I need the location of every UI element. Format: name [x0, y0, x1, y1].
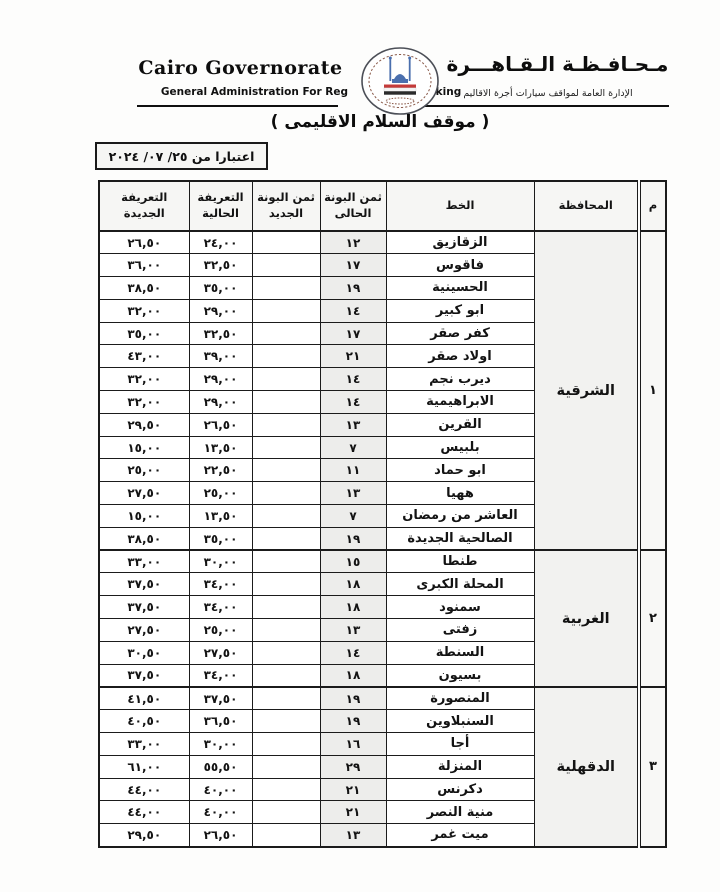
new-coupon-cell — [252, 550, 320, 573]
header-subtitle-ar: الإدارة العامة لمواقف سيارات أجرة الاقال… — [448, 88, 648, 99]
current-tariff-cell: ٣٠,٠٠ — [189, 550, 252, 573]
new-coupon-cell — [252, 664, 320, 687]
route-cell: السنطة — [386, 641, 534, 664]
current-coupon-cell: ١٩ — [320, 527, 386, 550]
current-coupon-cell: ١٤ — [320, 299, 386, 322]
current-coupon-cell: ٢١ — [320, 345, 386, 368]
current-tariff-cell: ٢٦,٥٠ — [189, 824, 252, 847]
route-cell: سمنود — [386, 596, 534, 619]
new-coupon-cell — [252, 733, 320, 756]
new-coupon-cell — [252, 482, 320, 505]
table-header-row: م المحافظة الخط ثمن البونة الحالى ثمن ال… — [99, 181, 666, 231]
new-tariff-cell: ٣٣,٠٠ — [99, 550, 189, 573]
current-coupon-cell: ١٧ — [320, 254, 386, 277]
governorate-cell: الشرقية — [534, 231, 639, 550]
current-coupon-cell: ١٨ — [320, 664, 386, 687]
header-cell-num: م — [639, 181, 666, 231]
route-cell: الابراهيمية — [386, 391, 534, 414]
current-coupon-cell: ١٩ — [320, 710, 386, 733]
new-coupon-cell — [252, 436, 320, 459]
new-tariff-cell: ٢٥,٠٠ — [99, 459, 189, 482]
route-cell: اولاد صقر — [386, 345, 534, 368]
route-cell: الحسينية — [386, 277, 534, 300]
new-coupon-cell — [252, 368, 320, 391]
route-cell: بلبيس — [386, 436, 534, 459]
route-cell: الزقازيق — [386, 231, 534, 254]
current-tariff-cell: ٣٠,٠٠ — [189, 733, 252, 756]
current-tariff-cell: ٤٠,٠٠ — [189, 801, 252, 824]
new-tariff-cell: ٢٧,٥٠ — [99, 619, 189, 642]
new-tariff-cell: ٢٩,٥٠ — [99, 824, 189, 847]
route-cell: ابو حماد — [386, 459, 534, 482]
new-tariff-cell: ٣٦,٠٠ — [99, 254, 189, 277]
header-cell-route: الخط — [386, 181, 534, 231]
current-coupon-cell: ١٩ — [320, 277, 386, 300]
current-tariff-cell: ٢٥,٠٠ — [189, 619, 252, 642]
current-coupon-cell: ١٢ — [320, 231, 386, 254]
header-cell-new-coupon: ثمن البونة الجديد — [252, 181, 320, 231]
current-coupon-cell: ٢١ — [320, 801, 386, 824]
new-tariff-cell: ٤٤,٠٠ — [99, 778, 189, 801]
new-tariff-cell: ٣٠,٥٠ — [99, 641, 189, 664]
fares-table: م المحافظة الخط ثمن البونة الحالى ثمن ال… — [98, 180, 667, 848]
row-number-cell: ٣ — [639, 687, 666, 847]
current-tariff-cell: ٣٢,٥٠ — [189, 254, 252, 277]
route-cell: منية النصر — [386, 801, 534, 824]
new-coupon-cell — [252, 254, 320, 277]
current-coupon-cell: ١٩ — [320, 687, 386, 710]
current-coupon-cell: ١٣ — [320, 824, 386, 847]
header-rule-right — [412, 105, 669, 107]
governorate-cell: الغربية — [534, 550, 639, 687]
new-coupon-cell — [252, 778, 320, 801]
route-cell: ابو كبير — [386, 299, 534, 322]
current-tariff-cell: ٣٤,٠٠ — [189, 573, 252, 596]
new-tariff-cell: ٣٥,٠٠ — [99, 322, 189, 345]
route-cell: العاشر من رمضان — [386, 505, 534, 528]
new-coupon-cell — [252, 299, 320, 322]
route-cell: كفر صقر — [386, 322, 534, 345]
new-tariff-cell: ٦١,٠٠ — [99, 755, 189, 778]
new-tariff-cell: ٣٢,٠٠ — [99, 391, 189, 414]
current-tariff-cell: ٣٥,٠٠ — [189, 277, 252, 300]
header-cell-governorate: المحافظة — [534, 181, 639, 231]
route-cell: ميت غمر — [386, 824, 534, 847]
current-coupon-cell: ١٨ — [320, 596, 386, 619]
new-tariff-cell: ٣٧,٥٠ — [99, 596, 189, 619]
new-coupon-cell — [252, 641, 320, 664]
row-number-cell: ٢ — [639, 550, 666, 687]
route-cell: السنبلاوين — [386, 710, 534, 733]
station-title: ( موقف السلام الاقليمى ) — [40, 112, 720, 132]
route-cell: أجا — [386, 733, 534, 756]
route-cell: الصالحية الجديدة — [386, 527, 534, 550]
current-coupon-cell: ١٤ — [320, 641, 386, 664]
header-cell-current-coupon: ثمن البونة الحالى — [320, 181, 386, 231]
effective-date-text: اعتبارا من ٢٥/ ٠٧/ ٢٠٢٤ — [109, 149, 255, 164]
route-cell: المحلة الكبرى — [386, 573, 534, 596]
current-coupon-cell: ٢٩ — [320, 755, 386, 778]
route-cell: المنصورة — [386, 687, 534, 710]
current-coupon-cell: ٧ — [320, 505, 386, 528]
current-coupon-cell: ١٤ — [320, 368, 386, 391]
current-tariff-cell: ٢٩,٠٠ — [189, 299, 252, 322]
current-coupon-cell: ١٣ — [320, 482, 386, 505]
current-tariff-cell: ٢٧,٥٠ — [189, 641, 252, 664]
current-tariff-cell: ٢٥,٠٠ — [189, 482, 252, 505]
header-rule-left — [137, 105, 338, 107]
table-row: ٣الدقهليةالمنصورة١٩٣٧,٥٠٤١,٥٠ — [99, 687, 666, 710]
table-body: ١الشرقيةالزقازيق١٢٢٤,٠٠٢٦,٥٠فاقوس١٧٣٢,٥٠… — [99, 231, 666, 847]
current-tariff-cell: ٢٩,٠٠ — [189, 391, 252, 414]
route-cell: ديرب نجم — [386, 368, 534, 391]
current-coupon-cell: ١٥ — [320, 550, 386, 573]
new-coupon-cell — [252, 596, 320, 619]
current-coupon-cell: ١٧ — [320, 322, 386, 345]
header-cell-new-tariff: التعريفة الجديدة — [99, 181, 189, 231]
route-cell: فاقوس — [386, 254, 534, 277]
header-title-en: Cairo Governorate — [138, 57, 343, 79]
current-tariff-cell: ٢٤,٠٠ — [189, 231, 252, 254]
new-tariff-cell: ٣٧,٥٠ — [99, 664, 189, 687]
governorate-seal-icon — [357, 46, 443, 120]
new-coupon-cell — [252, 527, 320, 550]
new-tariff-cell: ٣٢,٠٠ — [99, 368, 189, 391]
current-tariff-cell: ٣٧,٥٠ — [189, 687, 252, 710]
header-cell-current-tariff: التعريفة الحالية — [189, 181, 252, 231]
current-coupon-cell: ١٦ — [320, 733, 386, 756]
new-coupon-cell — [252, 231, 320, 254]
current-tariff-cell: ٣٩,٠٠ — [189, 345, 252, 368]
new-tariff-cell: ٣٨,٥٠ — [99, 527, 189, 550]
table-row: ٢الغربيةطنطا١٥٣٠,٠٠٣٣,٠٠ — [99, 550, 666, 573]
current-coupon-cell: ١٤ — [320, 391, 386, 414]
current-coupon-cell: ١٣ — [320, 413, 386, 436]
header-title-ar: مـحـافـظـة الـقـاهـــرة — [445, 52, 670, 76]
new-coupon-cell — [252, 573, 320, 596]
new-tariff-cell: ٣٣,٠٠ — [99, 733, 189, 756]
route-cell: دكرنس — [386, 778, 534, 801]
new-tariff-cell: ٤١,٥٠ — [99, 687, 189, 710]
new-tariff-cell: ١٥,٠٠ — [99, 436, 189, 459]
new-tariff-cell: ٢٩,٥٠ — [99, 413, 189, 436]
new-coupon-cell — [252, 755, 320, 778]
header-subtitle-en: General Administration For Reg — [130, 86, 348, 98]
current-tariff-cell: ١٣,٥٠ — [189, 505, 252, 528]
current-tariff-cell: ٢٩,٠٠ — [189, 368, 252, 391]
new-coupon-cell — [252, 277, 320, 300]
current-tariff-cell: ٣٢,٥٠ — [189, 322, 252, 345]
current-coupon-cell: ١١ — [320, 459, 386, 482]
new-coupon-cell — [252, 459, 320, 482]
new-coupon-cell — [252, 322, 320, 345]
new-tariff-cell: ٣٧,٥٠ — [99, 573, 189, 596]
current-coupon-cell: ١٨ — [320, 573, 386, 596]
new-coupon-cell — [252, 710, 320, 733]
scanned-document-page: Cairo Governorate General Administration… — [0, 0, 720, 892]
new-tariff-cell: ٤٣,٠٠ — [99, 345, 189, 368]
current-tariff-cell: ٣٥,٠٠ — [189, 527, 252, 550]
new-coupon-cell — [252, 345, 320, 368]
current-tariff-cell: ٢٦,٥٠ — [189, 413, 252, 436]
new-coupon-cell — [252, 824, 320, 847]
new-coupon-cell — [252, 413, 320, 436]
current-tariff-cell: ٥٥,٥٠ — [189, 755, 252, 778]
route-cell: المنزلة — [386, 755, 534, 778]
new-tariff-cell: ٣٢,٠٠ — [99, 299, 189, 322]
route-cell: بسيون — [386, 664, 534, 687]
new-tariff-cell: ٣٨,٥٠ — [99, 277, 189, 300]
effective-date-box: اعتبارا من ٢٥/ ٠٧/ ٢٠٢٤ — [95, 142, 268, 170]
new-coupon-cell — [252, 391, 320, 414]
route-cell: القرين — [386, 413, 534, 436]
current-tariff-cell: ٣٤,٠٠ — [189, 596, 252, 619]
new-coupon-cell — [252, 505, 320, 528]
new-coupon-cell — [252, 619, 320, 642]
row-number-cell: ١ — [639, 231, 666, 550]
route-cell: طنطا — [386, 550, 534, 573]
current-tariff-cell: ٤٠,٠٠ — [189, 778, 252, 801]
route-cell: ههيا — [386, 482, 534, 505]
new-tariff-cell: ٤٠,٥٠ — [99, 710, 189, 733]
current-tariff-cell: ٣٦,٥٠ — [189, 710, 252, 733]
new-tariff-cell: ٤٤,٠٠ — [99, 801, 189, 824]
governorate-cell: الدقهلية — [534, 687, 639, 847]
current-tariff-cell: ٣٤,٠٠ — [189, 664, 252, 687]
current-coupon-cell: ٢١ — [320, 778, 386, 801]
table-row: ١الشرقيةالزقازيق١٢٢٤,٠٠٢٦,٥٠ — [99, 231, 666, 254]
new-tariff-cell: ٢٧,٥٠ — [99, 482, 189, 505]
new-coupon-cell — [252, 801, 320, 824]
current-coupon-cell: ١٣ — [320, 619, 386, 642]
current-coupon-cell: ٧ — [320, 436, 386, 459]
current-tariff-cell: ٢٢,٥٠ — [189, 459, 252, 482]
new-tariff-cell: ٢٦,٥٠ — [99, 231, 189, 254]
route-cell: زفتى — [386, 619, 534, 642]
new-coupon-cell — [252, 687, 320, 710]
current-tariff-cell: ١٣,٥٠ — [189, 436, 252, 459]
new-tariff-cell: ١٥,٠٠ — [99, 505, 189, 528]
